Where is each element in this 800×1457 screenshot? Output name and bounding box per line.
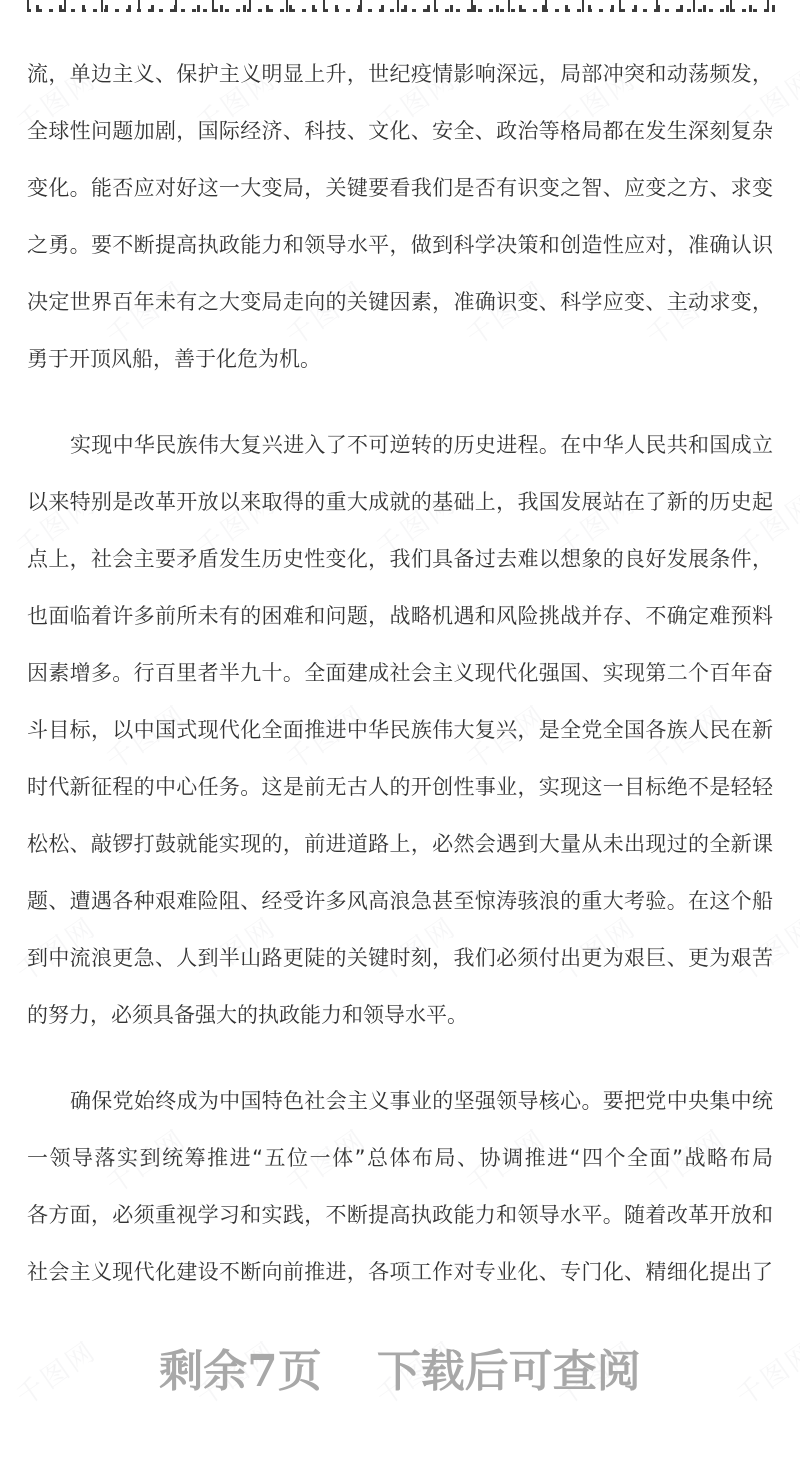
document-body: 流，单边主义、保护主义明显上升，世纪疫情影响深远，局部冲突和动荡频发，全球性问题… bbox=[27, 46, 773, 1301]
paragraph: 流，单边主义、保护主义明显上升，世纪疫情影响深远，局部冲突和动荡频发，全球性问题… bbox=[27, 46, 773, 388]
download-hint-label: 下载后可查阅 bbox=[377, 1346, 641, 1397]
paywall-footer: 剩余7页下载后可查阅 bbox=[0, 1346, 800, 1398]
text-line: 全球性问题加剧，国际经济、科技、文化、安全、政治等格局都在发生深刻复杂 bbox=[27, 103, 773, 160]
text-line: 确保党始终成为中国特色社会主义事业的坚强领导核心。要把党中央集中统 bbox=[27, 1073, 773, 1130]
text-line: 社会主义现代化建设不断向前推进，各项工作对专业化、专门化、精细化提出了 bbox=[27, 1244, 773, 1301]
text-line: 以来特别是改革开放以来取得的重大成就的基础上，我国发展站在了新的历史起 bbox=[27, 474, 773, 531]
text-line: 因素增多。行百里者半九十。全面建成社会主义现代化强国、实现第二个百年奋 bbox=[27, 645, 773, 702]
text-line: 实现中华民族伟大复兴进入了不可逆转的历史进程。在中华人民共和国成立 bbox=[27, 417, 773, 474]
text-line: 决定世界百年未有之大变局走向的关键因素，准确识变、科学应变、主动求变， bbox=[27, 274, 773, 331]
text-line: 一领导落实到统筹推进“五位一体”总体布局、协调推进“四个全面”战略布局 bbox=[27, 1130, 773, 1187]
text-line: 的努力，必须具备强大的执政能力和领导水平。 bbox=[27, 987, 773, 1044]
paragraph: 实现中华民族伟大复兴进入了不可逆转的历史进程。在中华人民共和国成立以来特别是改革… bbox=[27, 417, 773, 1044]
document-preview-page: 千图网千图网千图网千图网千图网千图网千图网千图网千图网千图网千图网千图网千图网千… bbox=[0, 0, 800, 1457]
text-line: 也面临着许多前所未有的困难和问题，战略机遇和风险挑战并存、不确定难预料 bbox=[27, 588, 773, 645]
text-line: 点上，社会主要矛盾发生历史性变化，我们具备过去难以想象的良好发展条件， bbox=[27, 531, 773, 588]
text-line: 变化。能否应对好这一大变局，关键要看我们是否有识变之智、应变之方、求变 bbox=[27, 160, 773, 217]
pages-remaining-label: 剩余7页 bbox=[159, 1346, 322, 1397]
text-line: 各方面，必须重视学习和实践，不断提高执政能力和领导水平。随着改革开放和 bbox=[27, 1187, 773, 1244]
text-line: 勇于开顶风船，善于化危为机。 bbox=[27, 331, 773, 388]
text-line: 时代新征程的中心任务。这是前无古人的开创性事业，实现这一目标绝不是轻轻 bbox=[27, 759, 773, 816]
text-line: 斗目标，以中国式现代化全面推进中华民族伟大复兴，是全党全国各族人民在新 bbox=[27, 702, 773, 759]
text-line: 之勇。要不断提高执政能力和领导水平，做到科学决策和创造性应对，准确认识 bbox=[27, 217, 773, 274]
text-line: 松松、敲锣打鼓就能实现的，前进道路上，必然会遇到大量从未出现过的全新课 bbox=[27, 816, 773, 873]
text-line: 到中流浪更急、人到半山路更陡的关键时刻，我们必须付出更为艰巨、更为艰苦 bbox=[27, 930, 773, 987]
text-line: 流，单边主义、保护主义明显上升，世纪疫情影响深远，局部冲突和动荡频发， bbox=[27, 46, 773, 103]
paragraph: 确保党始终成为中国特色社会主义事业的坚强领导核心。要把党中央集中统一领导落实到统… bbox=[27, 1073, 773, 1301]
text-line: 题、遭遇各种艰难险阻、经受许多风高浪急甚至惊涛骇浪的重大考验。在这个船 bbox=[27, 873, 773, 930]
clipped-glyph-strokes bbox=[27, 9, 775, 12]
clipped-text-line-top bbox=[27, 0, 775, 12]
